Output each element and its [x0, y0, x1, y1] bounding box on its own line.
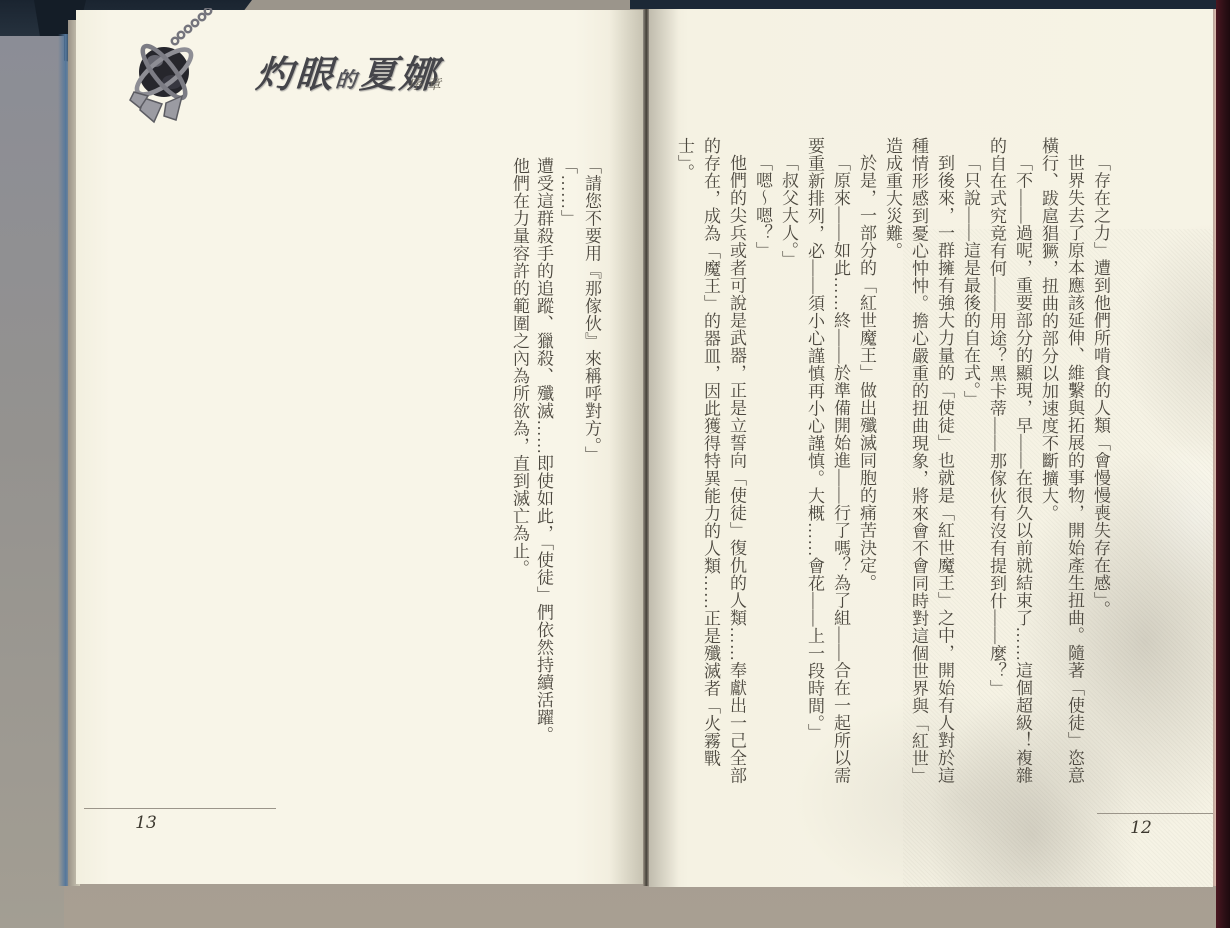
- left-page-text: 「請您不要用『那傢伙』來稱呼對方。」 「……」 遭受這群殺手的追蹤、獵殺、殲滅……: [507, 140, 603, 803]
- right-page: 「存在之力」遭到他們所啃食的人類「會慢慢喪失存在感」。 世界失去了原本應該延伸、…: [649, 9, 1213, 887]
- page-number-right: 12: [1111, 818, 1171, 838]
- right-page-text: 「存在之力」遭到他們所啃食的人類「會慢慢喪失存在感」。 世界失去了原本應該延伸、…: [671, 137, 1113, 800]
- paragraph: 「請您不要用『那傢伙』來稱呼對方。」: [579, 140, 603, 803]
- paragraph: 於是，一部分的「紅世魔王」做出殲滅同胞的痛苦決定。: [853, 137, 879, 800]
- left-page: 灼眼的夏娜 序章 「請您不要用『那傢伙』來稱呼對方。」 「……」 遭受這群殺手的…: [76, 10, 643, 884]
- paragraph: 「原來——如此……終——於準備開始進——行了嗎？為了組——合在一起所以需要重新排…: [801, 137, 853, 800]
- title-de: 的: [335, 68, 361, 92]
- cover-edge-top-right: [630, 0, 1230, 9]
- pendant-icon: [120, 8, 220, 135]
- cover-edge-right: [1216, 0, 1230, 928]
- paragraph: 世界失去了原本應該延伸、維繫與拓展的事物，開始產生扭曲。隨著「使徒」恣意橫行、跋…: [1035, 137, 1087, 800]
- folio-rule: [1097, 813, 1213, 814]
- chapter-header: 灼眼的夏娜 序章: [116, 6, 466, 131]
- page-number-left: 13: [116, 813, 176, 833]
- paragraph: 「嗯～嗯？」: [749, 137, 775, 800]
- paragraph: 到後來，一群擁有強大力量的「使徒」也就是「紅世魔王」之中，開始有人對於這種情形感…: [879, 137, 957, 800]
- paragraph: 「只說——這是最後的自在式。」: [957, 137, 983, 800]
- paragraph: 他們的尖兵或者可說是武器，正是立誓向「使徒」復仇的人類……奉獻出一己全部的存在，…: [671, 137, 749, 800]
- title-part1: 灼眼: [254, 55, 337, 96]
- chapter-label: 序章: [408, 74, 446, 94]
- gutter-shadow-left: [609, 10, 643, 884]
- paragraph: 「……」: [555, 140, 579, 803]
- paragraph: 「叔父大人。」: [775, 137, 801, 800]
- paragraph: 他們在力量容許的範圍之內為所欲為，直到滅亡為止。: [507, 140, 531, 803]
- paragraph: 「存在之力」遭到他們所啃食的人類「會慢慢喪失存在感」。: [1087, 137, 1113, 800]
- folio-rule: [84, 808, 276, 809]
- gutter-shadow-right: [649, 9, 679, 887]
- cover-edge-left: [0, 36, 64, 928]
- paragraph: 遭受這群殺手的追蹤、獵殺、殲滅……即使如此，「使徒」們依然持續活躍。: [531, 140, 555, 803]
- book-gutter-fold: [643, 9, 649, 886]
- paragraph: 「不——過呢，重要部分的顯現，早——在很久以前就結束了……這個超級！複雜的自在式…: [983, 137, 1035, 800]
